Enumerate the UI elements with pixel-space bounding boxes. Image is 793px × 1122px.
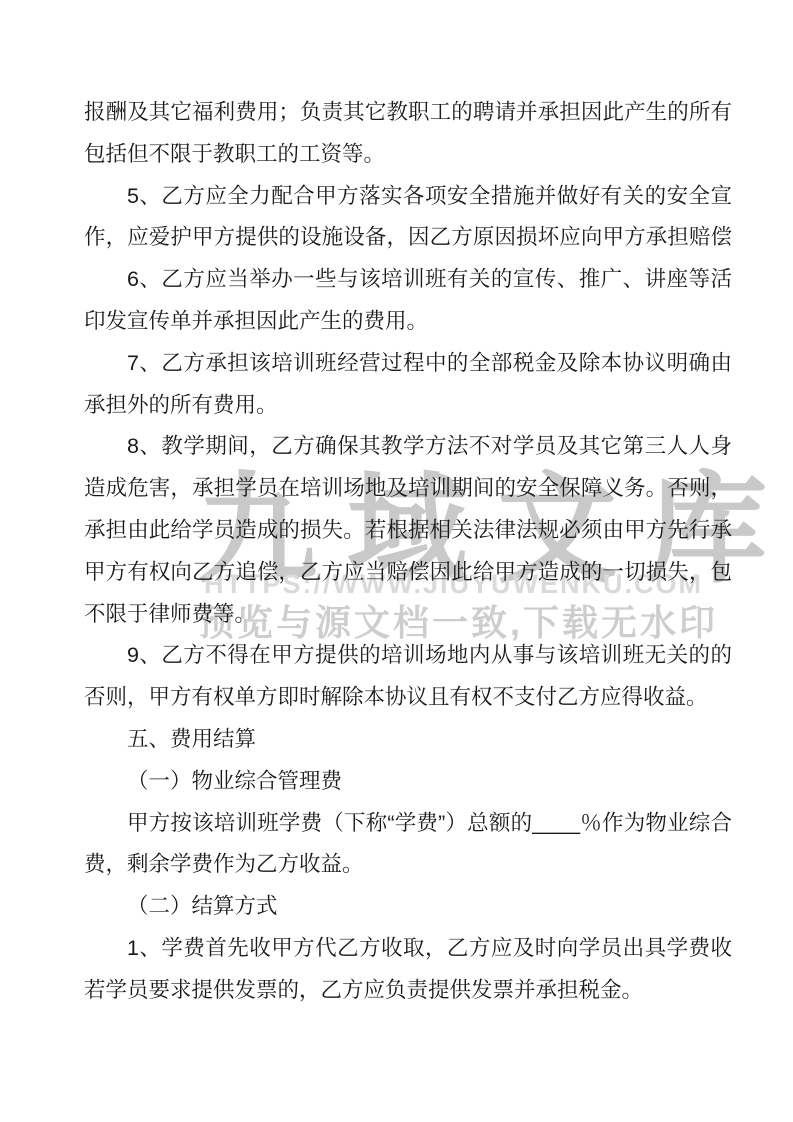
text-line: 甲方按该培训班学费（下称“学费”）总额的____％作为物业综合管理	[84, 803, 732, 845]
text-line: 1、学费首先收甲方代乙方收取，乙方应及时向学员出具学费收据，	[84, 928, 732, 970]
text-line: 5、乙方应全力配合甲方落实各项安全措施并做好有关的安全宣传工	[84, 176, 732, 218]
text-line: 不限于律师费等。	[84, 594, 732, 636]
text-line: 甲方有权向乙方追偿，乙方应当赔偿因此给甲方造成的一切损失，包括但	[84, 552, 732, 594]
text-line: 印发宣传单并承担因此产生的费用。	[84, 301, 732, 343]
text-line: 7、乙方承担该培训班经营过程中的全部税金及除本协议明确由甲方	[84, 343, 732, 385]
text-line: 否则，甲方有权单方即时解除本协议且有权不支付乙方应得收益。	[84, 677, 732, 719]
text-line: 报酬及其它福利费用；负责其它教职工的聘请并承担因此产生的所有费用	[84, 92, 732, 134]
text-line: 6、乙方应当举办一些与该培训班有关的宣传、推广、讲座等活动、	[84, 259, 732, 301]
text-line: 承担外的所有费用。	[84, 385, 732, 427]
text-line: 五、费用结算	[84, 719, 732, 761]
text-line: 9、乙方不得在甲方提供的培训场地内从事与该培训班无关的的活动，	[84, 635, 732, 677]
text-line: 费，剩余学费作为乙方收益。	[84, 844, 732, 886]
text-line: 承担由此给学员造成的损失。若根据相关法律法规必须由甲方先行承担的，	[84, 510, 732, 552]
text-line: 作，应爱护甲方提供的设施设备，因乙方原因损坏应向甲方承担赔偿责任。	[84, 217, 732, 259]
text-line: （一）物业综合管理费	[84, 761, 732, 803]
text-line: 包括但不限于教职工的工资等。	[84, 134, 732, 176]
text-line: 造成危害，承担学员在培训场地及培训期间的安全保障义务。否则，乙方	[84, 468, 732, 510]
document-page: 九域文库 HTTPS://WWW.JIUYUWENKU.COM 预览与源文档一致…	[0, 0, 793, 1122]
document-body: 报酬及其它福利费用；负责其它教职工的聘请并承担因此产生的所有费用包括但不限于教职…	[84, 92, 732, 1012]
text-line: （二）结算方式	[84, 886, 732, 928]
text-line: 8、教学期间，乙方确保其教学方法不对学员及其它第三人人身安全	[84, 426, 732, 468]
text-line: 若学员要求提供发票的，乙方应负责提供发票并承担税金。	[84, 970, 732, 1012]
